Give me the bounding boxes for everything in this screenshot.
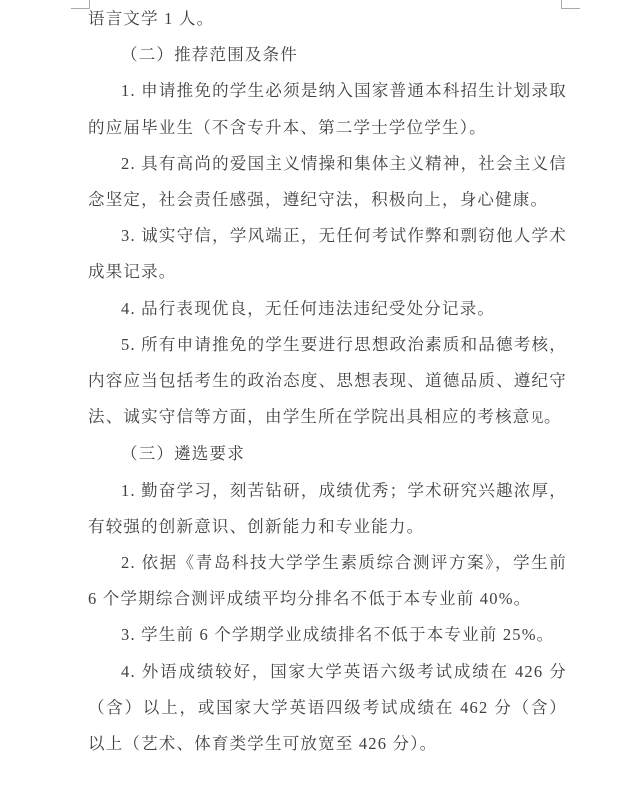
paragraph-text: 4. 品行表现优良，无任何违法违纪受处分记录。 bbox=[121, 299, 495, 318]
section-heading-3: （三）遴选要求 bbox=[88, 436, 567, 472]
paragraph-text: 5. 所有申请推免的学生要进行思想政治素质和品德考核，内容应当包括考生的政治态度… bbox=[88, 335, 567, 426]
paragraph-continuation: 语言文学 1 人。 bbox=[88, 1, 567, 37]
paragraph-text: 4. 外语成绩较好，国家大学英语六级考试成绩在 426 分（含）以上，或国家大学… bbox=[88, 662, 567, 753]
paragraph-text: 1. 申请推免的学生必须是纳入国家普通本科招生计划录取的应届毕业生（不含专升本、… bbox=[88, 81, 567, 136]
paragraph-text: 3. 诚实守信，学风端正，无任何考试作弊和剽窃他人学术成果记录。 bbox=[88, 226, 567, 281]
paragraph-req-4: 4. 外语成绩较好，国家大学英语六级考试成绩在 426 分（含）以上，或国家大学… bbox=[88, 654, 567, 763]
paragraph-item-5: 5. 所有申请推免的学生要进行思想政治素质和品德考核，内容应当包括考生的政治态度… bbox=[88, 327, 567, 437]
paragraph-item-4: 4. 品行表现优良，无任何违法违纪受处分记录。 bbox=[88, 291, 567, 327]
paragraph-text: 1. 勤奋学习，刻苦钻研，成绩优秀；学术研究兴趣浓厚，有较强的创新意识、创新能力… bbox=[88, 481, 567, 536]
paragraph-item-2: 2. 具有高尚的爱国主义情操和集体主义精神，社会主义信念坚定，社会责任感强，遵纪… bbox=[88, 146, 567, 218]
paragraph-text: 2. 依据《青岛科技大学学生素质综合测评方案》，学生前 6 个学期综合测评成绩平… bbox=[88, 553, 567, 608]
paragraph-item-3: 3. 诚实守信，学风端正，无任何考试作弊和剽窃他人学术成果记录。 bbox=[88, 218, 567, 290]
paragraph-text: 3. 学生前 6 个学期学业成绩排名不低于本专业前 25%。 bbox=[121, 625, 554, 644]
paragraph-req-3: 3. 学生前 6 个学期学业成绩排名不低于本专业前 25%。 bbox=[88, 617, 567, 653]
paragraph-text: 语言文学 1 人。 bbox=[88, 9, 214, 28]
section-heading-text: （三）遴选要求 bbox=[121, 444, 245, 463]
paragraph-item-1: 1. 申请推免的学生必须是纳入国家普通本科招生计划录取的应届毕业生（不含专升本、… bbox=[88, 73, 567, 145]
document-body: 语言文学 1 人。 （二）推荐范围及条件 1. 申请推免的学生必须是纳入国家普通… bbox=[88, 1, 567, 762]
fallback-font-glyph: 见 bbox=[531, 410, 545, 425]
paragraph-req-1: 1. 勤奋学习，刻苦钻研，成绩优秀；学术研究兴趣浓厚，有较强的创新意识、创新能力… bbox=[88, 473, 567, 545]
paragraph-text-tail: 。 bbox=[544, 407, 562, 426]
section-heading-2: （二）推荐范围及条件 bbox=[88, 37, 567, 73]
paragraph-req-2: 2. 依据《青岛科技大学学生素质综合测评方案》，学生前 6 个学期综合测评成绩平… bbox=[88, 545, 567, 617]
section-heading-text: （二）推荐范围及条件 bbox=[121, 45, 298, 64]
paragraph-text: 2. 具有高尚的爱国主义情操和集体主义精神，社会主义信念坚定，社会责任感强，遵纪… bbox=[88, 154, 567, 209]
